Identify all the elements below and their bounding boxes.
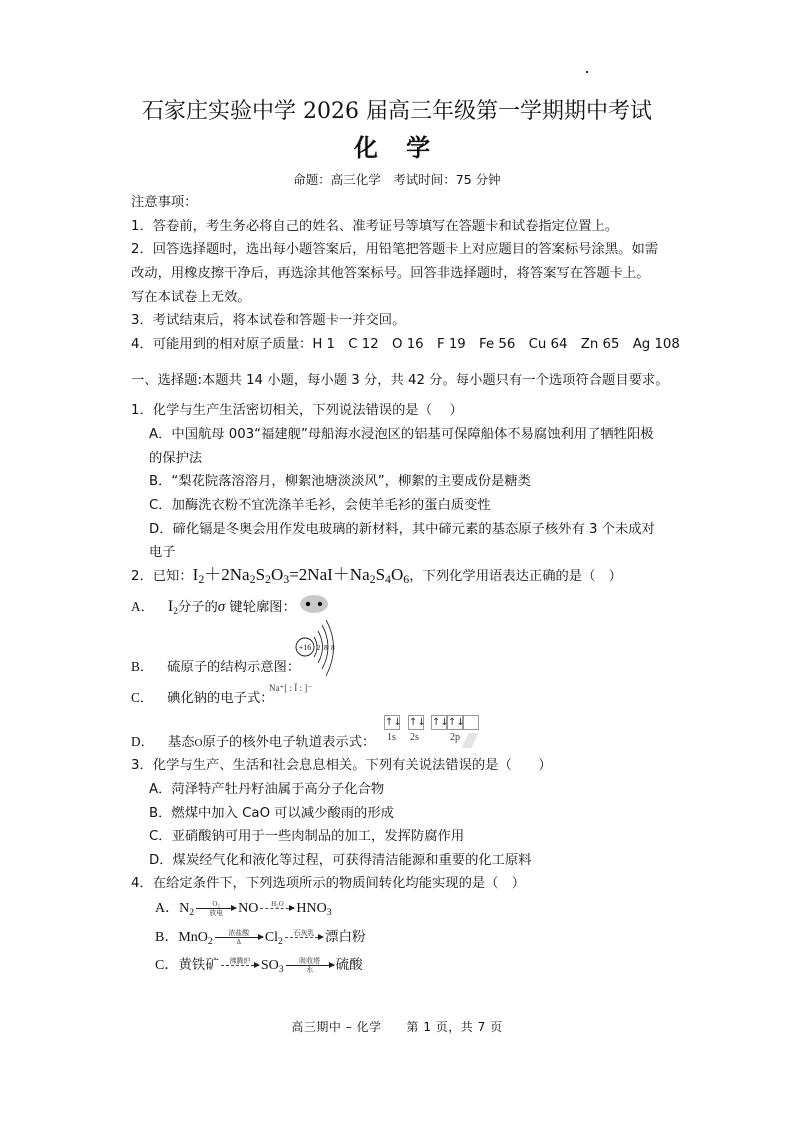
notice-item-atomic-masses: 4．可能用到的相对原子质量：H 1 C 12 O 16 F 19 Fe 56 C… (131, 336, 680, 354)
question-2-option-a: A．I2分子的σ 键轮廓图： (131, 598, 296, 617)
question-3-option-b: B．燃煤中加入 CaO 可以减少酸雨的形成 (149, 805, 394, 823)
orbital-label-2s: 2s (410, 732, 419, 743)
question-1-option-b: B．“梨花院落溶溶月，柳絮池塘淡淡风”，柳絮的主要成份是糖类 (149, 473, 531, 491)
exam-title: 石家庄实验中学 2026 届高三年级第一学期期中考试 (0, 97, 794, 127)
notice-item: 1．答卷前，考生务必将自己的姓名、准考证号等填写在答题卡和试卷指定位置上。 (131, 218, 618, 236)
watermark-fragment (462, 733, 479, 748)
question-1-stem: 1．化学与生产生活密切相关，下列说法错误的是（ ） (131, 402, 463, 420)
question-2-option-b: B．硫原子的结构示意图： (131, 658, 300, 677)
question-1-option-a: A．中国航母 003“福建舰”母船海水浸泡区的铝基可保障船体不易腐蚀利用了牺牲阳… (149, 426, 654, 444)
reaction-arrow-icon: O₂放电 (196, 900, 236, 917)
sulfur-atom-structure-diagram: +16 2 8 8 (292, 620, 342, 678)
sodium-iodide-electron-formula: Na⁺[ : Ï : ]⁻ (269, 683, 312, 694)
reaction-arrow-icon: H₂O (260, 900, 294, 917)
question-3-option-d: D．煤炭经气化和液化等过程，可获得清洁能源和重要的化工原料 (149, 852, 532, 870)
orbital-box-2s: ↑↓ (408, 715, 424, 730)
question-3-option-c: C．亚硝酸钠可用于一些肉制品的加工，发挥防腐作用 (149, 828, 464, 846)
notice-item: 改动，用橡皮擦干净后，再选涂其他答案标号。回答非选择题时，将答案写在答题卡上。 (131, 265, 650, 283)
subject-title: 化 学 (0, 133, 794, 163)
svg-text:8: 8 (324, 643, 328, 652)
orbital-box-2p-2: ↑↓ (447, 715, 463, 730)
question-1-option-c: C．加酶洗衣粉不宜洗涤羊毛衫，会使羊毛衫的蛋白质变性 (149, 497, 491, 515)
sigma-bond-contour-icon (299, 594, 329, 614)
orbital-label-1s: 1s (387, 732, 396, 743)
notice-item: 写在本试卷上无效。 (131, 289, 251, 307)
reaction-equation: I2＋2Na2S2O3=2NaI＋Na2S4O6 (193, 565, 410, 584)
reaction-arrow-icon: 浓盐酸Δ (215, 929, 263, 946)
question-3-stem: 3．化学与生产、生活和社会息息相关。下列有关说法错误的是（ ） (131, 757, 552, 775)
question-2-suffix: ，下列化学用语表达正确的是（ ） (409, 569, 622, 584)
question-2-option-d: D．基态O原子的核外电子轨道表示式： (131, 733, 375, 752)
question-4-option-a: A．N2O₂放电NOH₂O HNO3 (155, 898, 332, 920)
question-3-option-a: A．菏泽特产牡丹籽油属于高分子化合物 (149, 781, 384, 799)
reaction-arrow-icon: 吸收塔水 (286, 957, 334, 974)
notice-item: 2．回答选择题时，选出每小题答案后，用铅笔把答题卡上对应题目的答案标号涂黑。如需 (131, 241, 658, 259)
notice-heading: 注意事项： (131, 194, 197, 212)
question-2-option-c: C．碘化钠的电子式： (131, 689, 274, 708)
stray-dot (586, 71, 588, 73)
orbital-label-2p: 2p (450, 732, 460, 743)
orbital-box-1s: ↑↓ (384, 715, 400, 730)
orbital-box-2p-3 (463, 715, 479, 730)
notice-item: 3．考试结束后，将本试卷和答题卡一并交回。 (131, 312, 405, 330)
question-2-stem: 2．已知：I2＋2Na2S2O3=2NaI＋Na2S4O6，下列化学用语表达正确… (131, 566, 622, 586)
question-2-prefix: 2．已知： (131, 569, 193, 584)
svg-text:2: 2 (317, 643, 321, 652)
question-1-option-a-cont: 的保护法 (149, 450, 202, 468)
question-4-option-b: B．MnO2浓盐酸ΔCl2石灰乳 漂白粉 (155, 926, 365, 949)
question-1-option-d-cont: 电子 (149, 544, 176, 562)
section-heading: 一、选择题:本题共 14 小题，每小题 3 分，共 42 分。每小题只有一个选项… (131, 372, 669, 390)
reaction-arrow-icon: 沸腾炉 (221, 957, 259, 974)
question-4-stem: 4．在给定条件下，下列选项所示的物质间转化均能实现的是（ ） (131, 875, 525, 893)
reaction-arrow-icon: 石灰乳 (285, 929, 323, 946)
page-footer: 高三期中 – 化学 第 1 页，共 7 页 (0, 1018, 794, 1035)
exam-meta: 命题：高三化学 考试时间：75 分钟 (0, 172, 794, 188)
svg-text:8: 8 (331, 643, 335, 652)
question-4-option-c: C．黄铁矿沸腾炉 SO3吸收塔水硫酸 (155, 954, 363, 977)
question-1-option-d: D．碲化镉是冬奥会用作发电玻璃的新材料，其中碲元素的基态原子核外有 3 个未成对 (149, 521, 655, 539)
svg-text:+16: +16 (299, 643, 312, 652)
orbital-box-2p-1: ↑↓ (431, 715, 447, 730)
